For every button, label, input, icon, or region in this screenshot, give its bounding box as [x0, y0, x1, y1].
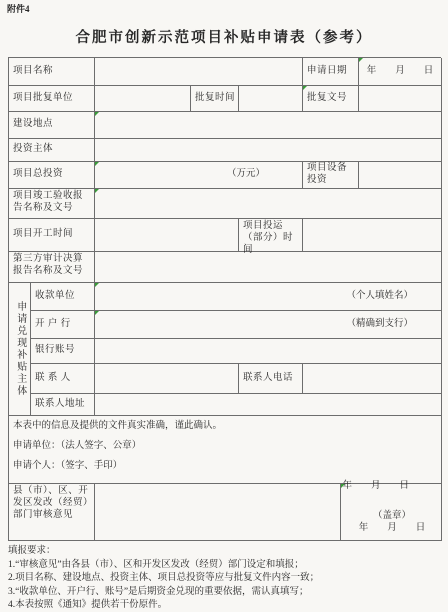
- row-project-name: 项目名称 申请日期 年 月 日: [9, 58, 441, 86]
- approval-docno-label: 批复文号: [303, 86, 359, 112]
- row-review-opinion: 县（市）、区、开发区发改（经贸）部门审核意见 （盖章） 年 月 日: [9, 484, 441, 541]
- investor-field: [95, 139, 442, 162]
- apply-unit-signature-line: 申请单位：（法人签字、公章）: [13, 441, 433, 453]
- page-title: 合肥市创新示范项目补贴申请表（参考）: [0, 26, 448, 47]
- construction-site-field: [95, 112, 442, 139]
- row-bank: 开 户 行 （精确到支行）: [31, 311, 442, 339]
- attachment-label: 附件4: [7, 2, 30, 15]
- notes-title: 填报要求：: [8, 545, 441, 559]
- approval-time-field: [239, 86, 303, 112]
- contact-address-field: [95, 394, 442, 416]
- contact-address-label: 联系人地址: [31, 394, 95, 416]
- contact-phone-label: 联系人电话: [239, 364, 303, 394]
- bank-account-field: [95, 339, 442, 364]
- subsidy-subject-label: 申请兑现补贴主体: [9, 283, 31, 416]
- form-document: 附件4 合肥市创新示范项目补贴申请表（参考） 项目名称 申请日期 年 月 日 项…: [0, 0, 448, 612]
- payee-unit-field: （个人填姓名）: [95, 283, 442, 311]
- stamp-date: 年 月 日: [359, 523, 426, 535]
- stamp-label: （盖章）: [373, 511, 411, 523]
- project-name-label: 项目名称: [9, 58, 95, 86]
- confirmation-section: 本表中的信息及提供的文件真实准确，谨此确认。 申请单位：（法人签字、公章） 申请…: [9, 416, 442, 484]
- row-construction-site: 建设地点: [9, 112, 441, 139]
- row-total-investment: 项目总投资 （万元） 项目设备投资: [9, 162, 441, 189]
- equipment-investment-field: [359, 162, 442, 189]
- contact-label: 联 系 人: [31, 364, 95, 394]
- row-contact-address: 联系人地址: [31, 394, 442, 416]
- bank-label: 开 户 行: [31, 311, 95, 339]
- construction-site-label: 建设地点: [9, 112, 95, 139]
- project-name-field: [95, 58, 303, 86]
- review-opinion-field: [95, 484, 341, 541]
- investor-label: 投资主体: [9, 139, 95, 162]
- payee-unit-label: 收款单位: [31, 283, 95, 311]
- operation-time-field: [303, 219, 442, 252]
- application-form-table: 项目名称 申请日期 年 月 日 项目批复单位 批复时间 批复文号 建设地点 投资…: [8, 57, 441, 541]
- row-approval: 项目批复单位 批复时间 批复文号: [9, 86, 441, 112]
- bank-account-label: 银行账号: [31, 339, 95, 364]
- apply-person-signature-line: 申请个人：（签字、手印）: [13, 461, 433, 473]
- bank-field: （精确到支行）: [95, 311, 442, 339]
- audit-report-field: [95, 252, 442, 283]
- note-item-1: 1.“审核意见”由各县（市）、区和开发区发改（经贸）部门设定和填报；: [8, 559, 441, 573]
- row-completion-report: 项目竣工验收报告名称及文号: [9, 189, 441, 219]
- row-start-time: 项目开工时间 项目投运（部分）时间: [9, 219, 441, 252]
- note-item-4: 4.本表按照《通知》提供若干份原件。: [8, 599, 441, 612]
- start-time-field: [95, 219, 239, 252]
- row-audit-report: 第三方审计决算报告名称及文号: [9, 252, 441, 283]
- operation-time-label: 项目投运（部分）时间: [239, 219, 303, 252]
- apply-date-label: 申请日期: [303, 58, 359, 86]
- notes-section: 填报要求： 1.“审核意见”由各县（市）、区和开发区发改（经贸）部门设定和填报；…: [8, 545, 441, 612]
- note-item-3: 3.“收款单位、开户行、账号”是后期资金兑现的重要依据，需认真填写；: [8, 586, 441, 600]
- note-item-2: 2.项目名称、建设地点、投资主体、项目总投资等应与批复文件内容一致；: [8, 572, 441, 586]
- contact-phone-field: [303, 364, 442, 394]
- completion-report-field: [95, 189, 442, 219]
- row-contact: 联 系 人 联系人电话: [31, 364, 442, 394]
- start-time-label: 项目开工时间: [9, 219, 95, 252]
- subsidy-subject-rows: 收款单位 （个人填姓名） 开 户 行 （精确到支行） 银行账号 联 系 人 联系…: [31, 283, 442, 416]
- audit-report-label: 第三方审计决算报告名称及文号: [9, 252, 95, 283]
- approval-unit-label: 项目批复单位: [9, 86, 95, 112]
- row-subsidy-subject-group: 申请兑现补贴主体 收款单位 （个人填姓名） 开 户 行 （精确到支行） 银行账号…: [9, 283, 441, 416]
- approval-docno-field: [359, 86, 442, 112]
- total-investment-label: 项目总投资: [9, 162, 95, 189]
- contact-field: [95, 364, 239, 394]
- approval-time-label: 批复时间: [191, 86, 239, 112]
- stamp-cell: （盖章） 年 月 日: [341, 484, 442, 541]
- total-investment-field: （万元）: [95, 162, 303, 189]
- confirm-statement: 本表中的信息及提供的文件真实准确，谨此确认。: [13, 421, 433, 433]
- row-confirmation: 本表中的信息及提供的文件真实准确，谨此确认。 申请单位：（法人签字、公章） 申请…: [9, 416, 441, 484]
- apply-date-field: 年 月 日: [359, 58, 442, 86]
- equipment-investment-label: 项目设备投资: [303, 162, 359, 189]
- approval-unit-field: [95, 86, 191, 112]
- completion-report-label: 项目竣工验收报告名称及文号: [9, 189, 95, 219]
- review-opinion-label: 县（市）、区、开发区发改（经贸）部门审核意见: [9, 484, 95, 541]
- row-investor: 投资主体: [9, 139, 441, 162]
- row-payee-unit: 收款单位 （个人填姓名）: [31, 283, 442, 311]
- row-bank-account: 银行账号: [31, 339, 442, 364]
